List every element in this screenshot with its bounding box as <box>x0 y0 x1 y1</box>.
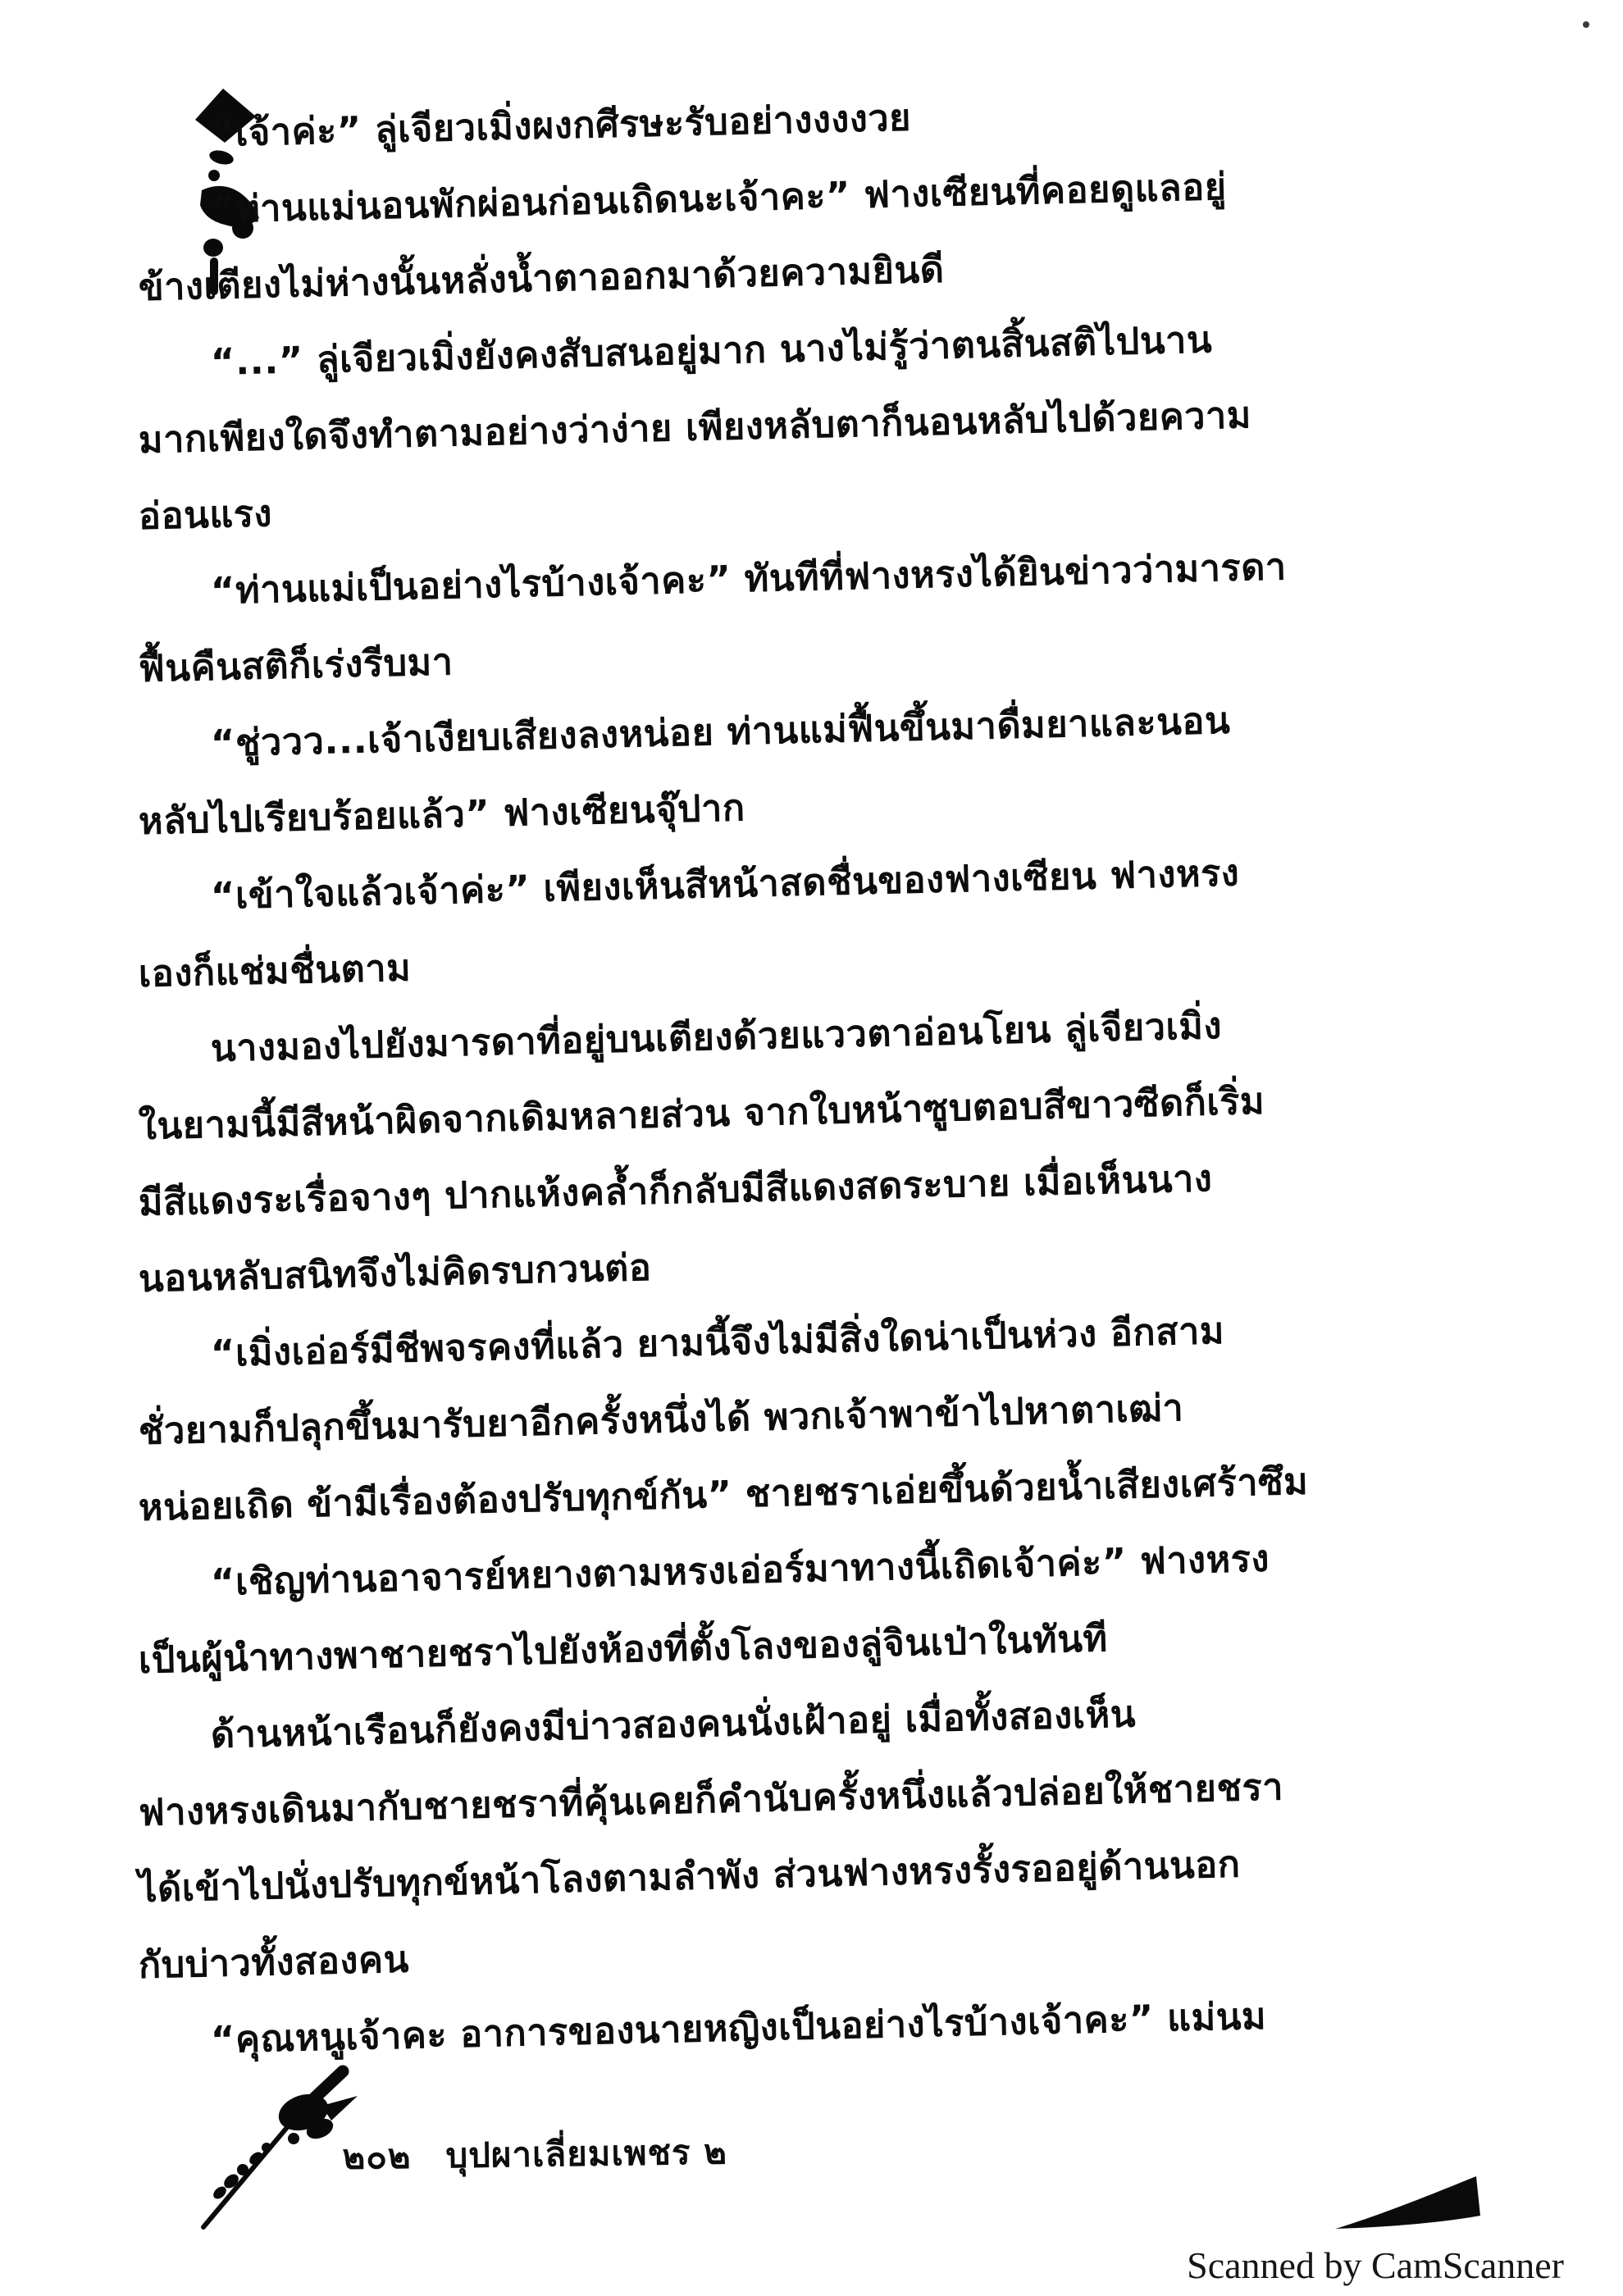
camscanner-watermark: Scanned by CamScanner <box>1187 2244 1564 2287</box>
speck-dot-icon <box>1583 21 1589 28</box>
book-title: บุปผาเลี่ยมเพชร ๒ <box>445 2131 727 2175</box>
page-curl-icon <box>1335 2176 1484 2232</box>
page-footer: ๒๐๒บุปผาเลี่ยมเพชร ๒ <box>342 2125 727 2184</box>
quill-sketch-icon <box>182 2060 362 2248</box>
scanned-page: “เจ้าค่ะ” ลู่เจียวเมิ่งผงกศีรษะรับอย่างง… <box>0 0 1623 2296</box>
body-text: “เจ้าค่ะ” ลู่เจียวเมิ่งผงกศีรษะรับอย่างง… <box>139 97 1525 2080</box>
page-number: ๒๐๒ <box>342 2136 412 2177</box>
